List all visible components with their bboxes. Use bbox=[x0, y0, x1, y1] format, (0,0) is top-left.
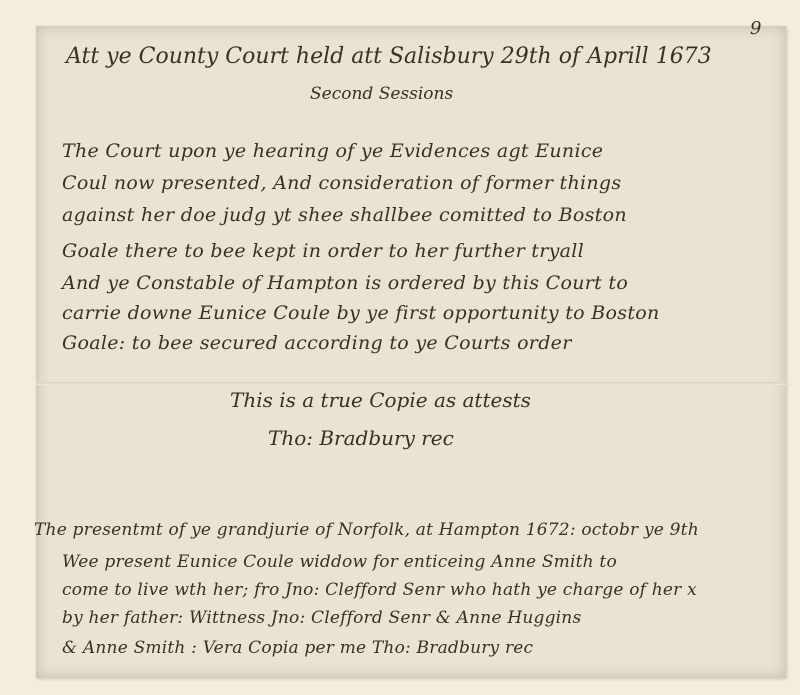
paper-fold-line bbox=[36, 382, 786, 385]
page-number: 9 bbox=[750, 18, 761, 39]
order-line: carrie downe Eunice Coule by ye first op… bbox=[62, 302, 660, 324]
presentment-line: come to live wth her; fro Jno: Clefford … bbox=[62, 580, 697, 600]
heading-line-2: Second Sessions bbox=[310, 84, 453, 104]
presentment-line: & Anne Smith : Vera Copia per me Tho: Br… bbox=[62, 638, 533, 658]
heading-line-1: Att ye County Court held att Salisbury 2… bbox=[66, 44, 712, 69]
presentment-line: Wee present Eunice Coule widdow for enti… bbox=[62, 552, 617, 572]
order-line: against her doe judg yt shee shallbee co… bbox=[62, 204, 627, 226]
order-line: Goale: to bee secured according to ye Co… bbox=[62, 332, 572, 354]
attestation-line: This is a true Copie as attests bbox=[230, 388, 531, 412]
order-line: The Court upon ye hearing of ye Evidence… bbox=[62, 140, 603, 162]
order-line: Goale there to bee kept in order to her … bbox=[62, 240, 584, 262]
presentment-line: The presentmt of ye grandjurie of Norfol… bbox=[34, 520, 699, 540]
order-line: Coul now presented, And consideration of… bbox=[62, 172, 621, 194]
presentment-line: by her father: Wittness Jno: Clefford Se… bbox=[62, 608, 581, 628]
signature: Tho: Bradbury rec bbox=[268, 426, 454, 450]
order-line: And ye Constable of Hampton is ordered b… bbox=[62, 272, 628, 294]
